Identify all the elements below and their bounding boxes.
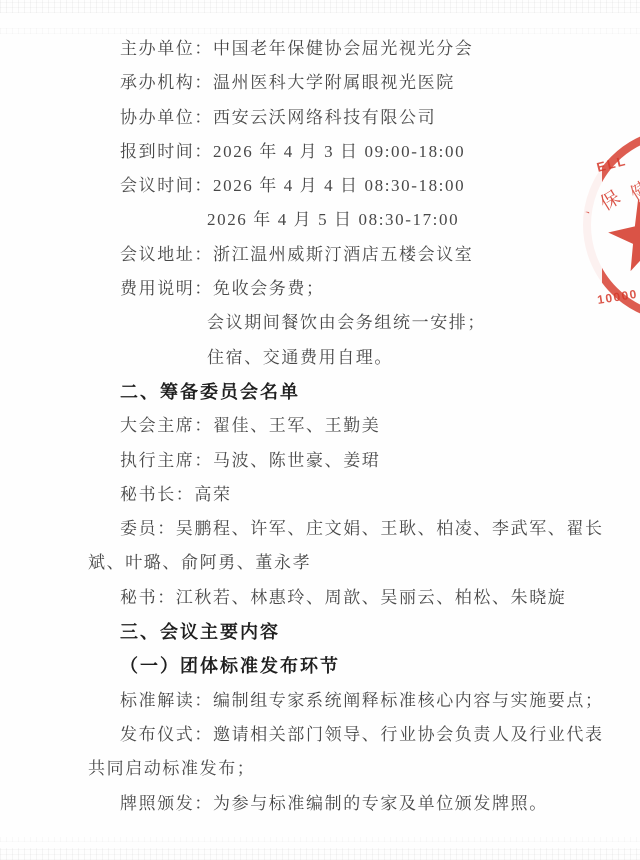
doc-line-release-ceremony-2: 共同启动标准发布； xyxy=(88,752,640,786)
doc-line-host-unit: 主办单位：中国老年保健协会屈光视光分会 xyxy=(120,32,640,66)
subsection-heading-standard-release: （一）团体标准发布环节 xyxy=(120,649,640,683)
doc-line-co-organizer: 协办单位：西安云沃网络科技有限公司 xyxy=(120,101,640,135)
doc-line-fee-note-1: 费用说明：免收会务费； xyxy=(120,272,640,306)
doc-line-release-ceremony-1: 发布仪式：邀请相关部门领导、行业协会负责人及行业代表 xyxy=(120,718,640,752)
scanned-document-page: 主办单位：中国老年保健协会屈光视光分会 承办机构：温州医科大学附属眼视光医院 协… xyxy=(0,0,640,860)
doc-line-fee-note-3: 住宿、交通费用自理。 xyxy=(207,341,640,375)
document-body: 主办单位：中国老年保健协会屈光视光分会 承办机构：温州医科大学附属眼视光医院 协… xyxy=(88,32,640,821)
doc-line-organizer: 承办机构：温州医科大学附属眼视光医院 xyxy=(120,66,640,100)
doc-line-interpretation: 标准解读：编制组专家系统阐释标准核心内容与实施要点； xyxy=(120,684,640,718)
doc-line-fee-note-2: 会议期间餐饮由会务组统一安排； xyxy=(207,306,640,340)
doc-line-exec-chairs: 执行主席：马波、陈世豪、姜珺 xyxy=(120,444,640,478)
doc-line-members-1: 委员：吴鹏程、许军、庄文娟、王耿、柏凌、李武军、翟长 xyxy=(120,512,640,546)
doc-line-chairs: 大会主席：翟佳、王军、王勤美 xyxy=(120,409,640,443)
doc-line-members-2: 斌、叶璐、俞阿勇、董永孝 xyxy=(88,546,640,580)
scan-artifact-band xyxy=(0,837,640,842)
scan-artifact-band xyxy=(0,0,640,13)
doc-line-meeting-time-1: 会议时间：2026 年 4 月 4 日 08:30-18:00 xyxy=(120,169,640,203)
section-heading-agenda: 三、会议主要内容 xyxy=(120,615,640,649)
doc-line-license-award: 牌照颁发：为参与标准编制的专家及单位颁发牌照。 xyxy=(120,787,640,821)
doc-line-secretary-general: 秘书长：高荣 xyxy=(120,478,640,512)
section-heading-committee: 二、筹备委员会名单 xyxy=(120,375,640,409)
doc-line-secretaries: 秘书：江秋若、林惠玲、周歆、吴丽云、柏松、朱晓旋 xyxy=(120,581,640,615)
scan-artifact-band xyxy=(0,848,640,860)
doc-line-meeting-time-2: 2026 年 4 月 5 日 08:30-17:00 xyxy=(207,203,640,237)
doc-line-checkin-time: 报到时间：2026 年 4 月 3 日 09:00-18:00 xyxy=(120,135,640,169)
doc-line-meeting-address: 会议地址：浙江温州威斯汀酒店五楼会议室 xyxy=(120,238,640,272)
